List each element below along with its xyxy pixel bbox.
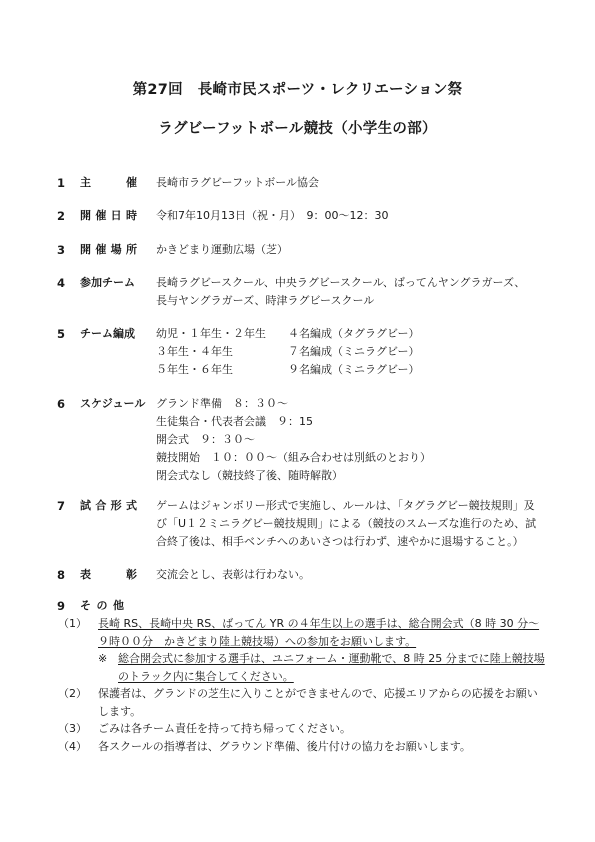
note-subtext: 総合開会式に参加する選手は、ユニフォーム・運動靴で、8 時 25 分までに陸上競…: [118, 650, 548, 685]
section-number: 3: [57, 241, 65, 259]
section-number: 1: [57, 174, 65, 192]
note-number: （1）: [58, 615, 98, 650]
label-char: 合: [95, 497, 106, 515]
composition-row: 幼児・１年生・２年生 ４名編成（タグラグビー）: [156, 325, 541, 343]
organizer-value: 長崎市ラグビーフットボール協会: [156, 174, 541, 192]
schedule-line: 閉会式なし（競技終了後、随時解散）: [156, 467, 541, 485]
label-char: 主: [80, 174, 91, 192]
venue-value: かきどまり運動広場（芝）: [156, 241, 541, 259]
note-item: （4） 各スクールの指導者は、グラウンド準備、後片付けの協力をお願いします。: [58, 738, 548, 756]
label-char: 表: [80, 566, 91, 584]
label-char: の: [97, 597, 108, 615]
note-text: 保護者は、グランドの芝生に入りことができませんので、応援エリアからの応援をお願い…: [98, 685, 548, 720]
label-char: 所: [126, 241, 137, 259]
format: ９名編成（ミニラグビー）: [288, 361, 420, 379]
document-title: 第27回 長崎市民スポーツ・レクリエーション祭: [0, 78, 595, 99]
section-label: 主 催: [80, 174, 137, 192]
note-subitem: ※ 総合開会式に参加する選手は、ユニフォーム・運動靴で、8 時 25 分までに陸…: [98, 650, 548, 685]
label-char: そ: [80, 597, 91, 615]
grade: ３年生・４年生: [156, 343, 288, 361]
format: ４名編成（タグラグビー）: [288, 325, 420, 343]
teams-line: 長与ヤングラガーズ、時津ラグビースクール: [156, 292, 541, 310]
label-char: 催: [95, 207, 106, 225]
note-text: 長崎 RS、長崎中央 RS、ばってん YR の４年生以上の選手は、総合開会式（8…: [98, 615, 548, 650]
grade: ５年生・６年生: [156, 361, 288, 379]
match-format-text: ゲームはジャンボリー形式で実施し、ルールは、「タグラグビー競技規則」及び「U１２…: [156, 497, 541, 551]
section-label: 開 催 場 所: [80, 241, 137, 259]
note-item: （1） 長崎 RS、長崎中央 RS、ばってん YR の４年生以上の選手は、総合開…: [58, 615, 548, 650]
section-number: 7: [57, 497, 65, 515]
section-number: 6: [57, 395, 65, 413]
label-char: 式: [126, 497, 137, 515]
reference-mark: ※: [98, 650, 118, 685]
label-char: 場: [111, 241, 122, 259]
schedule-line: 競技開始 １０：００〜（組み合わせは別紙のとおり）: [156, 449, 541, 467]
label-char: 催: [126, 174, 137, 192]
grade: 幼児・１年生・２年生: [156, 325, 288, 343]
label-char: 時: [126, 207, 137, 225]
label-char: 試: [80, 497, 91, 515]
section-number: 5: [57, 325, 65, 343]
note-number: （4）: [58, 738, 98, 756]
format: ７名編成（ミニラグビー）: [288, 343, 420, 361]
awards-value: 交流会とし、表彰は行わない。: [156, 566, 541, 584]
schedule-line: 生徒集合・代表者会議 ９：15: [156, 413, 541, 431]
section-label: 試 合 形 式: [80, 497, 137, 515]
schedule-line: 開会式 ９：３０〜: [156, 431, 541, 449]
note-text: ごみは各チーム責任を持って持ち帰ってください。: [98, 720, 548, 738]
label-char: 開: [80, 241, 91, 259]
note-number: （3）: [58, 720, 98, 738]
composition-row: ３年生・４年生 ７名編成（ミニラグビー）: [156, 343, 541, 361]
other-notes-list: （1） 長崎 RS、長崎中央 RS、ばってん YR の４年生以上の選手は、総合開…: [58, 615, 548, 755]
label-char: 催: [95, 241, 106, 259]
label-char: 形: [111, 497, 122, 515]
section-number: 4: [57, 274, 65, 292]
note-number: （2）: [58, 685, 98, 720]
schedule-line: グランド準備 ８：３０〜: [156, 395, 541, 413]
date-value: 令和7年10月13日（祝・月） 9：00〜12：30: [156, 207, 541, 225]
section-number: 8: [57, 566, 65, 584]
section-number: 2: [57, 207, 65, 225]
section-label: そ の 他: [80, 597, 124, 615]
teams-line: 長崎ラグビースクール、中央ラグビースクール、ばってんヤングラガーズ、: [156, 274, 541, 292]
note-item: （3） ごみは各チーム責任を持って持ち帰ってください。: [58, 720, 548, 738]
section-label: 表 彰: [80, 566, 137, 584]
label-char: 開: [80, 207, 91, 225]
label-char: 彰: [126, 566, 137, 584]
section-number: 9: [57, 597, 65, 615]
note-text: 各スクールの指導者は、グラウンド準備、後片付けの協力をお願いします。: [98, 738, 548, 756]
document-subtitle: ラグビーフットボール競技（小学生の部）: [0, 117, 595, 138]
label-char: 日: [111, 207, 122, 225]
section-label: 開 催 日 時: [80, 207, 137, 225]
composition-row: ５年生・６年生 ９名編成（ミニラグビー）: [156, 361, 541, 379]
label-char: 他: [113, 597, 124, 615]
note-item: （2） 保護者は、グランドの芝生に入りことができませんので、応援エリアからの応援…: [58, 685, 548, 720]
